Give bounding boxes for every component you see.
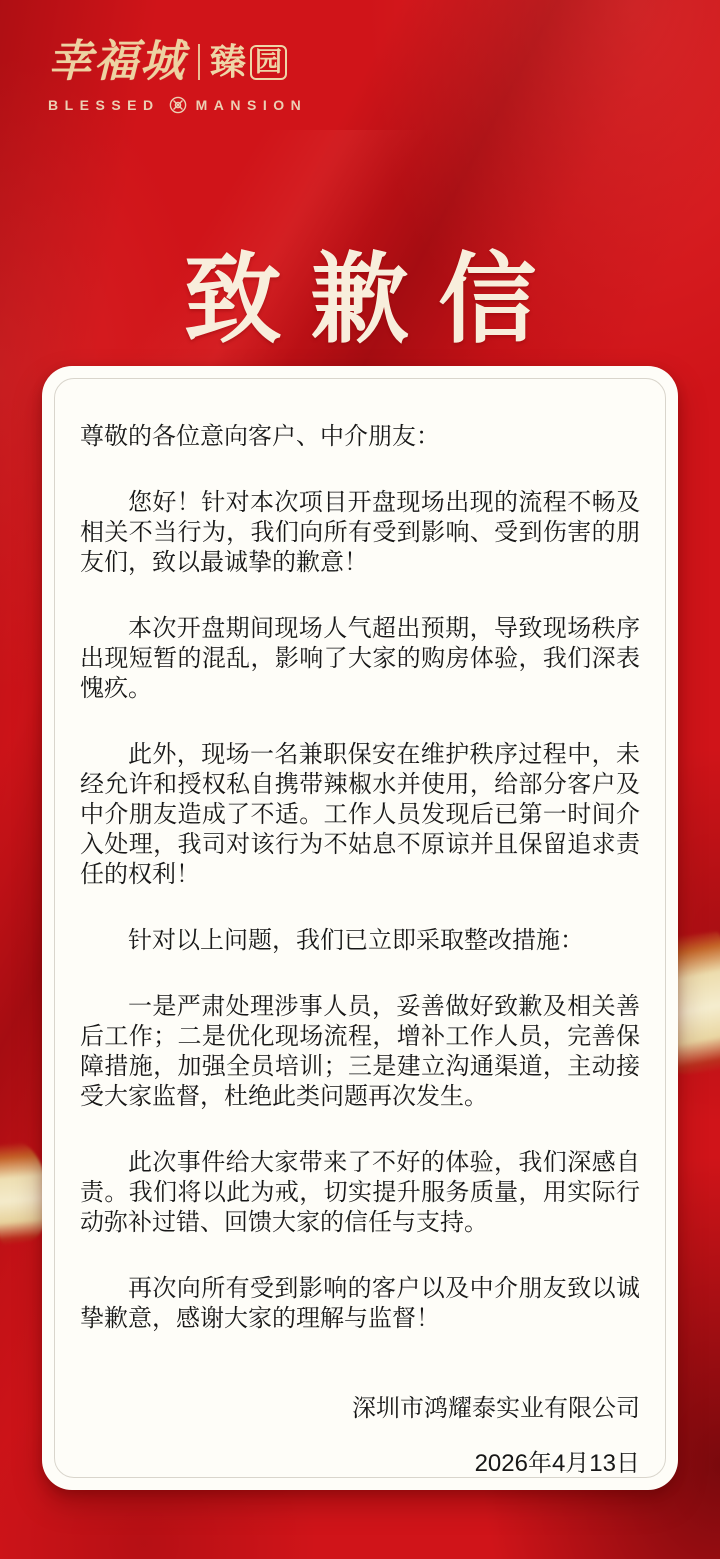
letter-paragraph: 针对以上问题，我们已立即采取整改措施： xyxy=(80,926,640,956)
letter-paragraph: 一是严肃处理涉事人员，妥善做好致歉及相关善后工作；二是优化现场流程，增补工作人员… xyxy=(80,992,640,1112)
brand-english-row: BLESSED MANSION xyxy=(48,95,307,115)
letter-card: 尊敬的各位意向客户、中介朋友： 您好！针对本次项目开盘现场出现的流程不畅及相关不… xyxy=(42,366,678,1490)
brand-chinese-row: 幸福城 臻 园 xyxy=(48,40,307,84)
brand-en-right: MANSION xyxy=(196,97,308,113)
letter-paragraph: 此外，现场一名兼职保安在维护秩序过程中，未经允许和授权私自携带辣椒水并使用，给部… xyxy=(80,740,640,890)
signature-company: 深圳市鸿耀泰实业有限公司 xyxy=(80,1394,640,1424)
apology-poster: 幸福城 臻 园 BLESSED MANSION 致歉信 尊敬的各位意向客户 xyxy=(0,0,720,1559)
brand-subname-char: 臻 xyxy=(210,44,246,80)
letter-content: 尊敬的各位意向客户、中介朋友： 您好！针对本次项目开盘现场出现的流程不畅及相关不… xyxy=(80,422,640,1479)
brand-seal-icon xyxy=(168,95,188,115)
letter-paragraph: 再次向所有受到影响的客户以及中介朋友致以诚挚歉意，感谢大家的理解与监督！ xyxy=(80,1274,640,1334)
brand-en-left: BLESSED xyxy=(48,97,160,113)
letter-signature: 深圳市鸿耀泰实业有限公司 2026年4月13日 xyxy=(80,1394,640,1479)
brand-logo: 幸福城 臻 园 BLESSED MANSION xyxy=(48,40,307,115)
brand-subname-cn: 臻 园 xyxy=(210,44,287,80)
poster-title: 致歉信 xyxy=(184,244,566,357)
brand-name-cn: 幸福城 xyxy=(48,40,186,84)
signature-date: 2026年4月13日 xyxy=(80,1449,640,1479)
letter-paragraph: 本次开盘期间现场人气超出预期，导致现场秩序出现短暂的混乱，影响了大家的购房体验，… xyxy=(80,614,640,704)
brand-divider-line xyxy=(198,44,200,80)
letter-paragraph: 此次事件给大家带来了不好的体验，我们深感自责。我们将以此为戒，切实提升服务质量，… xyxy=(80,1148,640,1238)
brand-subname-boxed-char: 园 xyxy=(250,45,287,80)
letter-paragraph: 您好！针对本次项目开盘现场出现的流程不畅及相关不当行为，我们向所有受到影响、受到… xyxy=(80,488,640,578)
letter-body: 您好！针对本次项目开盘现场出现的流程不畅及相关不当行为，我们向所有受到影响、受到… xyxy=(80,488,640,1334)
letter-salutation: 尊敬的各位意向客户、中介朋友： xyxy=(80,422,640,452)
